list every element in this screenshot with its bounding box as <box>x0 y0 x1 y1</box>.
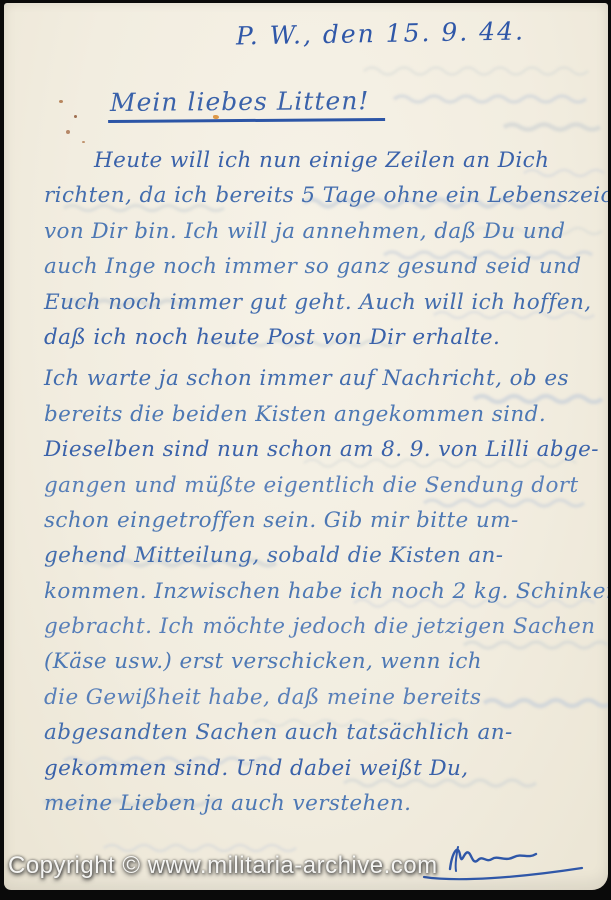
letter-line: meine Lieben ja auch verstehen. <box>44 786 602 821</box>
letter-line: Heute will ich nun einige Zeilen an Dich <box>44 143 602 178</box>
foxing-speck <box>66 130 70 134</box>
letter-line: Euch noch immer gut geht. Auch will ich … <box>44 285 602 320</box>
letter-line: gekommen sind. Und dabei weißt Du, <box>44 751 602 786</box>
copyright-watermark: Copyright © www.militaria-archive.com <box>8 852 438 880</box>
letter-body: Heute will ich nun einige Zeilen an Dich… <box>44 143 602 821</box>
letter-line: schon eingetroffen sein. Gib mir bitte u… <box>44 503 602 538</box>
letter-line: von Dir bin. Ich will ja annehmen, daß D… <box>44 214 602 249</box>
letter-line: gangen und müßte eigentlich die Sendung … <box>44 468 602 503</box>
letter-line: bereits die beiden Kisten angekommen sin… <box>44 397 602 432</box>
letter-line: gehend Mitteilung, sobald die Kisten an- <box>44 538 602 573</box>
letter-line: richten, da ich bereits 5 Tage ohne ein … <box>44 178 602 213</box>
letter-line: abgesandten Sachen auch tatsächlich an- <box>44 715 602 750</box>
foxing-speck <box>59 100 63 103</box>
letter-dateline: P. W., den 15. 9. 44. <box>236 16 525 50</box>
signature-scribble <box>422 835 597 887</box>
letter-salutation: Mein liebes Litten! <box>108 86 386 123</box>
letter-line: Dieselben sind nun schon am 8. 9. von Li… <box>44 432 602 467</box>
letter-line: die Gewißheit habe, daß meine bereits <box>44 680 602 715</box>
letter-line: Ich warte ja schon immer auf Nachricht, … <box>44 361 602 396</box>
letter-line: (Käse usw.) erst verschicken, wenn ich <box>44 644 602 679</box>
letter-paper: P. W., den 15. 9. 44. Mein liebes Litten… <box>4 3 608 890</box>
letter-line: auch Inge noch immer so ganz gesund seid… <box>44 249 602 284</box>
letter-photo: { "colors": { "paper": "#f2ede0", "ink":… <box>0 0 611 900</box>
letter-line: daß ich noch heute Post von Dir erhalte. <box>44 320 602 355</box>
letter-line: gebracht. Ich möchte jedoch die jetzigen… <box>44 609 602 644</box>
letter-line: kommen. Inzwischen habe ich noch 2 kg. S… <box>44 574 602 609</box>
foxing-speck <box>74 115 77 118</box>
